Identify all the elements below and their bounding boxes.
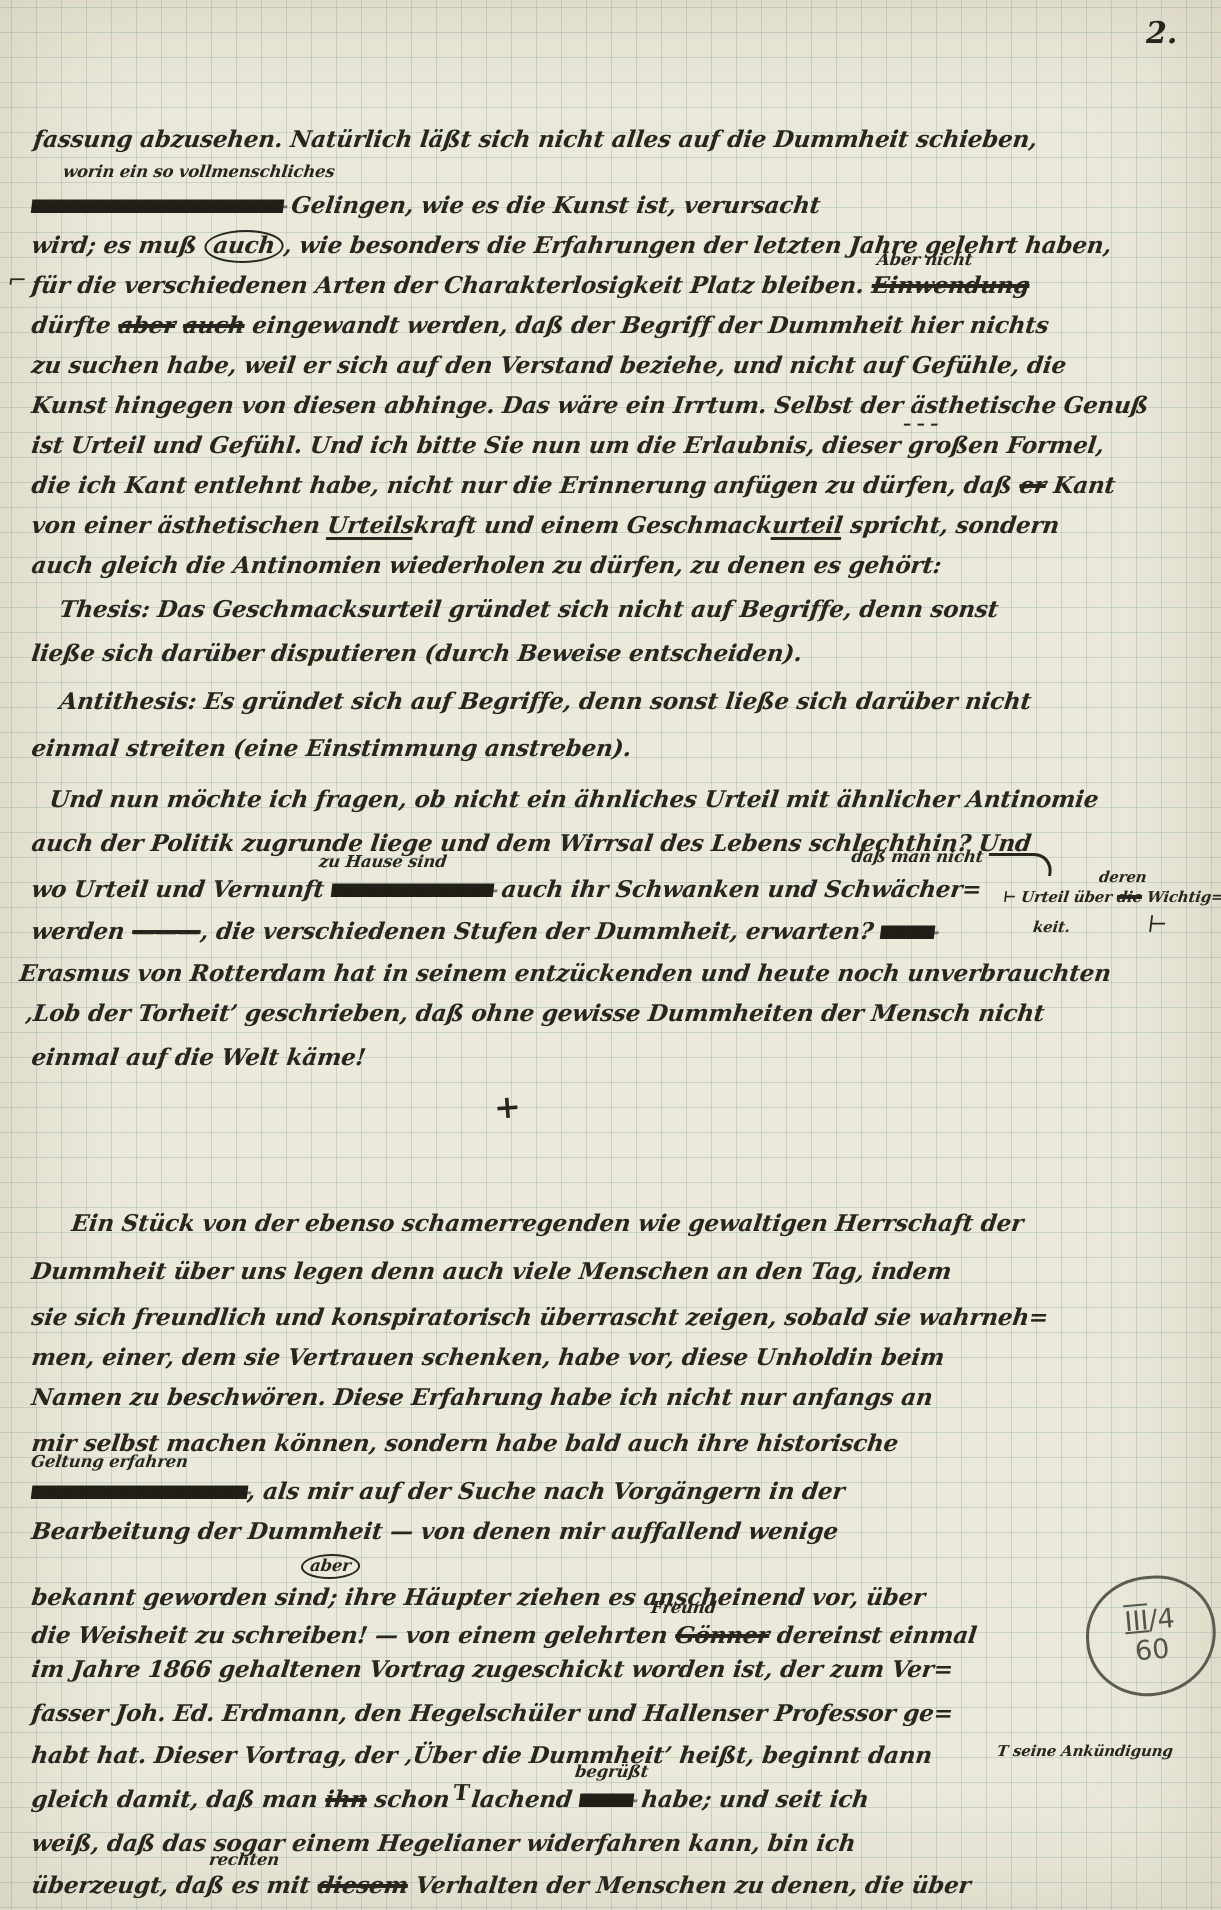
interlinear-insertion: aber — [300, 1556, 361, 1575]
handwriting-segment: ist Urteil und Gefühl. Und ich bitte Sie… — [30, 432, 1106, 459]
circled-text: auch — [202, 230, 286, 263]
interlinear-insertion: Geltung erfahren — [30, 1452, 189, 1471]
manuscript-line: von einer ästhetischen Urteilskraft und … — [30, 512, 1061, 539]
manuscript-line: überzeugt, daß es mit diesem Verhalten d… — [30, 1872, 972, 1899]
obliterated-text: ——— — [578, 1786, 635, 1813]
manuscript-sheet: 2. + III/4 60 fassung abzusehen. Natürli… — [0, 0, 1221, 1910]
manuscript-line: Dummheit über uns legen denn auch viele … — [30, 1258, 953, 1285]
handwriting-segment: ⌐ — [6, 268, 28, 294]
handwriting-segment: ⊢ Urteil über — [1002, 888, 1118, 906]
obliterated-text: ——— — [879, 918, 936, 945]
page-number: 2. — [1146, 16, 1177, 51]
handwriting-segment: keit. — [1032, 918, 1071, 936]
handwriting-segment: Gelingen, wie es die Kunst ist, verursac… — [282, 192, 822, 219]
handwriting-segment: Kant — [1044, 472, 1117, 499]
manuscript-line: dürfte aber auch eingewandt werden, daß … — [30, 312, 1050, 339]
struck-text: Gönner — [674, 1622, 771, 1649]
handwriting-segment: rechten — [208, 1850, 280, 1869]
handwriting-segment: Wichtig= — [1141, 888, 1221, 906]
interlinear-insertion: rechten — [208, 1850, 280, 1869]
handwriting-segment: spricht, sondern — [841, 512, 1061, 539]
handwriting-segment: Aber nicht — [876, 250, 974, 269]
manuscript-line: bekannt geworden sind; ihre Häupter zieh… — [30, 1584, 927, 1611]
handwriting-segment: Und nun möchte ich fragen, ob nicht ein … — [48, 786, 1100, 813]
manuscript-line: wo Urteil und Vernunft ————————— auch ih… — [30, 876, 983, 903]
handwriting-segment: dereinst einmal — [768, 1622, 979, 1649]
obliterated-text: —————————————— — [30, 192, 285, 219]
struck-text: die — [1116, 888, 1143, 906]
handwriting-segment: wird; es muß — [30, 232, 206, 259]
obliterated-text: ———————————— — [30, 1478, 249, 1505]
handwriting-segment: Freund — [650, 1598, 717, 1617]
emphasis-dashes: – – – — [902, 414, 940, 433]
manuscript-line: weiß, daß das sogar einem Hegelianer wid… — [30, 1830, 857, 1857]
handwriting-segment: Kunst hingegen von diesen abhinge. Das w… — [30, 392, 1150, 419]
manuscript-line: auch gleich die Antinomien wiederholen z… — [30, 552, 943, 579]
handwriting-segment: im Jahre 1866 gehaltenen Vortrag zugesch… — [30, 1656, 954, 1683]
struck-text: diesem — [316, 1872, 409, 1899]
manuscript-line: fasser Joh. Ed. Erdmann, den Hegelschüle… — [30, 1700, 954, 1727]
handwriting-segment: zu Hause sind — [318, 852, 448, 871]
handwriting-segment: auch gleich die Antinomien wiederholen z… — [30, 552, 943, 579]
handwriting-segment: fassung abzusehen. Natürlich läßt sich n… — [32, 126, 1039, 153]
manuscript-line: fassung abzusehen. Natürlich läßt sich n… — [32, 126, 1039, 153]
margin-note: ⊢ Urteil über die Wichtig= — [1002, 888, 1221, 906]
handwriting-segment: zu suchen habe, weil er sich auf den Ver… — [30, 352, 1068, 379]
struck-text: auch — [181, 312, 246, 339]
handwriting-segment: für die verschiedenen Arten der Charakte… — [30, 272, 873, 299]
handwriting-segment: die Weisheit zu schreiben! — von einem g… — [30, 1622, 677, 1649]
handwriting-segment: Urteils — [326, 512, 416, 539]
manuscript-line: im Jahre 1866 gehaltenen Vortrag zugesch… — [30, 1656, 954, 1683]
manuscript-line: werden ———, die verschiedenen Stufen der… — [30, 918, 937, 945]
manuscript-line: für die verschiedenen Arten der Charakte… — [30, 272, 1031, 299]
handwriting-segment: wo Urteil und Vernunft — [30, 876, 334, 903]
struck-text: ——— — [131, 918, 203, 945]
manuscript-line: die Weisheit zu schreiben! — von einem g… — [30, 1622, 978, 1649]
handwriting-segment: T seine Ankündigung — [996, 1742, 1174, 1760]
struck-text: Einwendung — [870, 272, 1031, 299]
badge-roman-numeral: III — [1123, 1606, 1150, 1639]
handwriting-segment: urteil — [771, 512, 845, 539]
manuscript-line: ist Urteil und Gefühl. Und ich bitte Sie… — [30, 432, 1106, 459]
badge-signature: III/4 — [1123, 1604, 1176, 1638]
manuscript-line: die ich Kant entlehnt habe, nicht nur di… — [30, 472, 1117, 499]
handwriting-segment: ließe sich darüber disputieren (durch Be… — [30, 640, 804, 667]
handwriting-segment: – – – — [902, 414, 940, 433]
handwriting-segment: fasser Joh. Ed. Erdmann, den Hegelschüle… — [30, 1700, 954, 1727]
handwriting-segment: , wie besonders die Erfahrungen der letz… — [282, 232, 1113, 259]
handwriting-segment: kraft und einem Geschmack — [412, 512, 774, 539]
handwriting-segment: schon — [365, 1786, 451, 1813]
handwriting-segment: Thesis: Das Geschmacksurteil gründet sic… — [58, 596, 1000, 623]
manuscript-line: Bearbeitung der Dummheit — von denen mir… — [30, 1518, 840, 1545]
handwriting-segment: ‚Lob der Torheit’ geschrieben, daß ohne … — [24, 1000, 1046, 1027]
manuscript-line: zu suchen habe, weil er sich auf den Ver… — [30, 352, 1068, 379]
manuscript-line: Thesis: Das Geschmacksurteil gründet sic… — [58, 596, 1000, 623]
interlinear-insertion: Freund — [650, 1598, 717, 1617]
handwriting-segment: Bearbeitung der Dummheit — von denen mir… — [30, 1518, 840, 1545]
badge-fraction: /4 — [1147, 1603, 1176, 1636]
insertion-mark: ⊢ — [1146, 912, 1169, 938]
interlinear-insertion: worin ein so vollmenschliches — [62, 162, 336, 181]
handwriting-segment: Dummheit über uns legen denn auch viele … — [30, 1258, 953, 1285]
handwriting-segment: Verhalten der Menschen zu denen, die übe… — [406, 1872, 972, 1899]
margin-note: T seine Ankündigung — [996, 1742, 1174, 1760]
manuscript-line: Namen zu beschwören. Diese Erfahrung hab… — [30, 1384, 934, 1411]
obliterated-text: ————————— — [330, 876, 495, 903]
handwriting-segment: einmal streiten (eine Einstimmung anstre… — [30, 735, 633, 762]
manuscript-line: ‚Lob der Torheit’ geschrieben, daß ohne … — [24, 1000, 1046, 1027]
handwriting-segment: , die verschiedenen Stufen der Dummheit,… — [199, 918, 883, 945]
circled-text: aber — [300, 1554, 362, 1579]
manuscript-line: ließe sich darüber disputieren (durch Be… — [30, 640, 804, 667]
insertion-swash — [986, 853, 1054, 876]
badge-number: 60 — [1134, 1635, 1171, 1668]
manuscript-line: men, einer, dem sie Vertrauen schenken, … — [30, 1344, 946, 1371]
handwriting-segment: eingewandt werden, daß der Begriff der D… — [243, 312, 1050, 339]
manuscript-line: Antithesis: Es gründet sich auf Begriffe… — [58, 688, 1033, 715]
handwriting-segment: auch ihr Schwanken und Schwächer= — [492, 876, 983, 903]
handwriting-segment: gleich damit, daß man — [30, 1786, 327, 1813]
handwriting-segment: begrüßt — [574, 1762, 649, 1781]
handwriting-segment: T — [452, 1780, 471, 1806]
handwriting-segment: men, einer, dem sie Vertrauen schenken, … — [30, 1344, 946, 1371]
handwriting-segment: sie sich freundlich und konspiratorisch … — [30, 1304, 1050, 1331]
interlinear-insertion: deren — [1098, 868, 1148, 886]
archive-badge: III/4 60 — [1081, 1571, 1221, 1702]
struck-text: ihn — [324, 1786, 369, 1813]
handwriting-segment: deren — [1098, 868, 1148, 886]
manuscript-line: einmal streiten (eine Einstimmung anstre… — [30, 735, 633, 762]
handwriting-segment: , als mir auf der Suche nach Vorgängern … — [246, 1478, 846, 1505]
handwriting-segment: dürfte — [30, 312, 120, 339]
interlinear-insertion: begrüßt — [574, 1762, 649, 1781]
handwriting-segment: Geltung erfahren — [30, 1452, 189, 1471]
handwriting-segment: weiß, daß das sogar einem Hegelianer wid… — [30, 1830, 857, 1857]
manuscript-line: einmal auf die Welt käme! — [30, 1044, 367, 1071]
manuscript-line: Ein Stück von der ebenso schamerregenden… — [70, 1210, 1025, 1237]
handwriting-segment: die ich Kant entlehnt habe, nicht nur di… — [30, 472, 1021, 499]
handwriting-segment: lachend — [470, 1786, 582, 1813]
handwriting-segment: daß man nicht — [850, 847, 984, 866]
manuscript-line: habt hat. Dieser Vortrag, der ‚Über die … — [30, 1742, 934, 1769]
manuscript-line: gleich damit, daß man ihn schonTlachend … — [30, 1786, 870, 1813]
margin-note: keit. — [1032, 918, 1071, 936]
interlinear-insertion: Aber nicht — [876, 250, 974, 269]
manuscript-line: Erasmus von Rotterdam hat in seinem entz… — [18, 960, 1112, 987]
handwriting-segment: habt hat. Dieser Vortrag, der ‚Über die … — [30, 1742, 934, 1769]
manuscript-line: sie sich freundlich und konspiratorisch … — [30, 1304, 1050, 1331]
manuscript-line: ————————————, als mir auf der Suche nach… — [30, 1478, 846, 1505]
handwriting-segment: ⊢ — [1146, 912, 1169, 938]
insertion-mark: ⌐ — [6, 268, 28, 294]
handwriting-segment: worin ein so vollmenschliches — [62, 162, 336, 181]
handwriting-segment: von einer ästhetischen — [30, 512, 329, 539]
handwriting-segment: einmal auf die Welt käme! — [30, 1044, 367, 1071]
interlinear-insertion: daß man nicht — [850, 846, 1055, 869]
handwriting-segment: überzeugt, daß es mit — [30, 1872, 319, 1899]
interlinear-insertion: zu Hause sind — [318, 852, 448, 871]
handwriting-segment: habe; und seit ich — [632, 1786, 870, 1813]
handwriting-segment: werden — [30, 918, 134, 945]
section-separator: + — [493, 1087, 522, 1127]
manuscript-line: Und nun möchte ich fragen, ob nicht ein … — [48, 786, 1100, 813]
handwriting-segment: bekannt geworden sind; ihre Häupter zieh… — [30, 1584, 927, 1611]
struck-text: er — [1018, 472, 1048, 499]
manuscript-line: Kunst hingegen von diesen abhinge. Das w… — [30, 392, 1150, 419]
manuscript-line: —————————————— Gelingen, wie es die Kuns… — [30, 192, 822, 219]
handwriting-segment: Erasmus von Rotterdam hat in seinem entz… — [18, 960, 1112, 987]
handwriting-segment: Ein Stück von der ebenso schamerregenden… — [70, 1210, 1025, 1237]
struck-text: aber — [117, 312, 177, 339]
handwriting-segment: Antithesis: Es gründet sich auf Begriffe… — [58, 688, 1033, 715]
handwriting-segment: Namen zu beschwören. Diese Erfahrung hab… — [30, 1384, 934, 1411]
